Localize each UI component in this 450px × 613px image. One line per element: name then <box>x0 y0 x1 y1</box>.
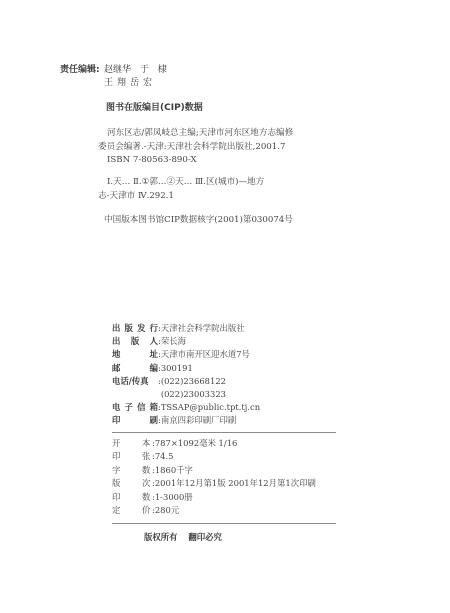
spec-row-sheets: 印张:74.5 <box>112 450 316 463</box>
spec-value: 74.5 <box>155 450 174 463</box>
divider-top <box>112 432 336 433</box>
phone-fax-continuation-row: : (022)23003323 <box>112 388 260 401</box>
spec-value: 1860千字 <box>155 464 193 477</box>
spec-value: 280元 <box>155 504 179 517</box>
spec-row-format: 开本:787×1092毫米 1/16 <box>112 437 316 450</box>
cip-classification-paragraph: Ⅰ.天… Ⅱ.①郭…②天… Ⅲ.区(城市)—地方 志-天津市 Ⅳ.292.1 <box>98 176 264 203</box>
phone-fax-label: 电话/传真 <box>112 375 158 388</box>
spec-value: 2001年12月第1版 2001年12月第1次印刷 <box>155 477 316 490</box>
spec-row-word-count: 字数:1860千字 <box>112 464 316 477</box>
publisher-info-block: 出版发行 : 天津社会科学院出版社 出版人 : 荣长海 地址 : 天津市南开区迎… <box>112 322 260 428</box>
cip-classification-line: 志-天津市 Ⅳ.292.1 <box>98 190 264 204</box>
cip-classification-line: Ⅰ.天… Ⅱ.①郭…②天… Ⅲ.区(城市)—地方 <box>98 176 264 190</box>
cip-record-line: 委员会编著.-天津:天津社会科学院出版社,2001.7 <box>98 141 293 155</box>
specs-block: 开本:787×1092毫米 1/16 印张:74.5 字数:1860千字 版次:… <box>112 437 316 517</box>
cip-verification-number: 中国版本图书馆CIP数据核字(2001)第030074号 <box>104 214 293 228</box>
cip-title: 图书在版编目(CIP)数据 <box>106 100 203 113</box>
cip-record-line: 河东区志/郭凤岐总主编;天津市河东区地方志编修 <box>98 127 293 141</box>
phone-fax-row: 电话/传真 : (022)23668122 <box>112 375 260 388</box>
postcode-row: 邮编 : 300191 <box>112 362 260 375</box>
copyright-notice: 版权所有 翻印必究 <box>144 531 222 543</box>
publisher-label: 出版发行 <box>112 322 158 335</box>
postcode-value: 300191 <box>161 362 193 375</box>
phone-fax-value-2: (022)23003323 <box>161 388 226 401</box>
email-value: TSSAP@public.tpt.tj.cn <box>161 401 260 414</box>
responsible-editors-names-line2: 王翔岳宏 <box>104 75 156 88</box>
publisher-person-row: 出版人 : 荣长海 <box>112 335 260 348</box>
spec-row-edition: 版次:2001年12月第1版 2001年12月第1次印刷 <box>112 477 316 490</box>
responsible-editors-label: 责任编辑: <box>60 62 100 75</box>
address-label: 地址 <box>112 348 158 361</box>
address-row: 地址 : 天津市南开区迎水道7号 <box>112 348 260 361</box>
cip-record-paragraph: 河东区志/郭凤岐总主编;天津市河东区地方志编修 委员会编著.-天津:天津社会科学… <box>98 127 293 168</box>
postcode-label: 邮编 <box>112 362 158 375</box>
publisher-person-value: 荣长海 <box>161 335 186 348</box>
spec-row-print-run: 印数:1-3000册 <box>112 491 316 504</box>
publisher-row: 出版发行 : 天津社会科学院出版社 <box>112 322 260 335</box>
printer-value: 南京四彩印刷厂印刷 <box>161 414 236 427</box>
isbn: ISBN 7-80563-890-X <box>98 154 293 168</box>
printer-row: 印刷 : 南京四彩印刷厂印刷 <box>112 414 260 427</box>
address-value: 天津市南开区迎水道7号 <box>161 348 250 361</box>
email-label: 电子信箱 <box>112 401 158 414</box>
email-row: 电子信箱 : TSSAP@public.tpt.tj.cn <box>112 401 260 414</box>
divider-bottom <box>112 523 336 524</box>
spec-row-price: 定价:280元 <box>112 504 316 517</box>
printer-label: 印刷 <box>112 414 158 427</box>
spec-value: 787×1092毫米 1/16 <box>155 437 238 450</box>
publisher-value: 天津社会科学院出版社 <box>161 322 245 335</box>
phone-fax-value: (022)23668122 <box>161 375 226 388</box>
responsible-editors-names-line1: 赵继华 于 棣 <box>104 62 167 75</box>
publisher-person-label: 出版人 <box>112 335 158 348</box>
spec-value: 1-3000册 <box>155 491 193 504</box>
phone-fax-continuation-spacer <box>112 388 158 401</box>
